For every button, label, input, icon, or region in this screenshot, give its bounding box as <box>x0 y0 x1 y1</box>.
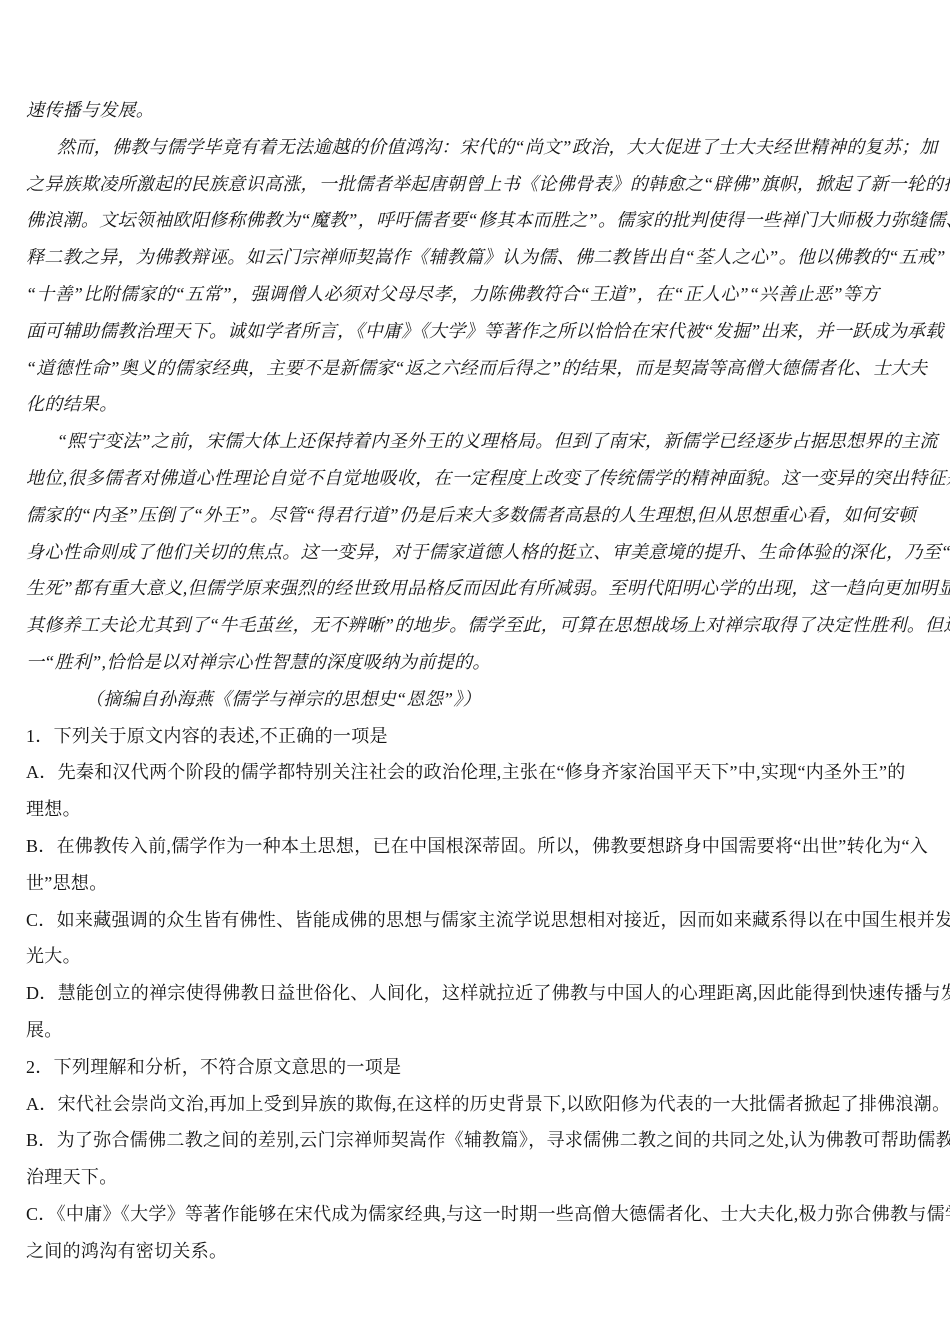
option-line: 理想。 <box>26 791 934 828</box>
option-line: 展。 <box>26 1012 934 1049</box>
option-line: C．《中庸》《大学》等著作能够在宋代成为儒家经典,与这一时期一些高僧大德儒者化、… <box>26 1196 934 1233</box>
option-line: B．在佛教传入前,儒学作为一种本土思想，已在中国根深蒂固。所以，佛教要想跻身中国… <box>26 828 934 865</box>
question-stem: 2．下列理解和分析，不符合原文意思的一项是 <box>26 1049 934 1086</box>
option-line: A．先秦和汉代两个阶段的儒学都特别关注社会的政治伦理,主张在“修身齐家治国平天下… <box>26 754 934 791</box>
passage-line: 佛浪潮。文坛领袖欧阳修称佛教为“魔教”，呼吁儒者要“修其本而胜之”。儒家的批判使… <box>26 202 934 239</box>
passage-line: “十善”比附儒家的“五常”，强调僧人必须对父母尽孝，力陈佛教符合“王道”，在“正… <box>26 276 934 313</box>
option-line: 治理天下。 <box>26 1159 934 1196</box>
source-attribution: （摘编自孙海燕《儒学与禅宗的思想史“恩怨”》） <box>26 681 934 718</box>
option-line: 之间的鸿沟有密切关系。 <box>26 1233 934 1270</box>
option-line: 光大。 <box>26 938 934 975</box>
passage-line: 一“胜利”,恰恰是以对禅宗心性智慧的深度吸纳为前提的。 <box>26 644 934 681</box>
passage-line: 释二教之异，为佛教辩诬。如云门宗禅师契嵩作《辅教篇》认为儒、佛二教皆出自“荃人之… <box>26 239 934 276</box>
passage-line: 面可辅助儒教治理天下。诚如学者所言，《中庸》《大学》等著作之所以恰恰在宋代被“发… <box>26 313 934 350</box>
passage-line: 儒家的“内圣”压倒了“外王”。尽管“得君行道”仍是后来大多数儒者高悬的人生理想,… <box>26 497 934 534</box>
passage-line: 其修养工夫论尤其到了“牛毛茧丝，无不辨晰”的地步。儒学至此，可算在思想战场上对禅… <box>26 607 934 644</box>
passage-line: 化的结果。 <box>26 386 934 423</box>
question-stem: 1．下列关于原文内容的表述,不正确的一项是 <box>26 718 934 755</box>
passage-line: 之异族欺凌所激起的民族意识高涨，一批儒者举起唐朝曾上书《论佛骨表》的韩愈之“辟佛… <box>26 166 934 203</box>
option-line: A．宋代社会崇尚文治,再加上受到异族的欺侮,在这样的历史背景下,以欧阳修为代表的… <box>26 1086 934 1123</box>
option-line: 世”思想。 <box>26 865 934 902</box>
passage-line: 地位,很多儒者对佛道心性理论自觉不自觉地吸收，在一定程度上改变了传统儒学的精神面… <box>26 460 934 497</box>
passage-line: “道德性命”奥义的儒家经典，主要不是新儒家“返之六经而后得之”的结果，而是契嵩等… <box>26 350 934 387</box>
question-2: 2．下列理解和分析，不符合原文意思的一项是 A．宋代社会崇尚文治,再加上受到异族… <box>26 1049 934 1270</box>
option-line: C．如来藏强调的众生皆有佛性、皆能成佛的思想与儒家主流学说思想相对接近，因而如来… <box>26 902 934 939</box>
passage: 速传播与发展。 然而，佛教与儒学毕竟有着无法逾越的价值鸿沟：宋代的“尚文”政治，… <box>26 92 934 718</box>
passage-line: 生死”都有重大意义,但儒学原来强烈的经世致用品格反而因此有所减弱。至明代阳明心学… <box>26 570 934 607</box>
question-1: 1．下列关于原文内容的表述,不正确的一项是 A．先秦和汉代两个阶段的儒学都特别关… <box>26 718 934 1049</box>
option-line: D．慧能创立的禅宗使得佛教日益世俗化、人间化，这样就拉近了佛教与中国人的心理距离… <box>26 975 934 1012</box>
passage-line: 速传播与发展。 <box>26 92 934 129</box>
option-line: B．为了弥合儒佛二教之间的差别,云门宗禅师契嵩作《辅教篇》，寻求儒佛二教之间的共… <box>26 1122 934 1159</box>
passage-line: 然而，佛教与儒学毕竟有着无法逾越的价值鸿沟：宋代的“尚文”政治，大大促进了士大夫… <box>26 129 934 166</box>
passage-line: “熙宁变法”之前，宋儒大体上还保持着内圣外王的义理格局。但到了南宋，新儒学已经逐… <box>26 423 934 460</box>
passage-line: 身心性命则成了他们关切的焦点。这一变异，对于儒家道德人格的挺立、审美意境的提升、… <box>26 534 934 571</box>
page-content: 速传播与发展。 然而，佛教与儒学毕竟有着无法逾越的价值鸿沟：宋代的“尚文”政治，… <box>26 92 934 1270</box>
document-page: 速传播与发展。 然而，佛教与儒学毕竟有着无法逾越的价值鸿沟：宋代的“尚文”政治，… <box>0 0 950 1344</box>
